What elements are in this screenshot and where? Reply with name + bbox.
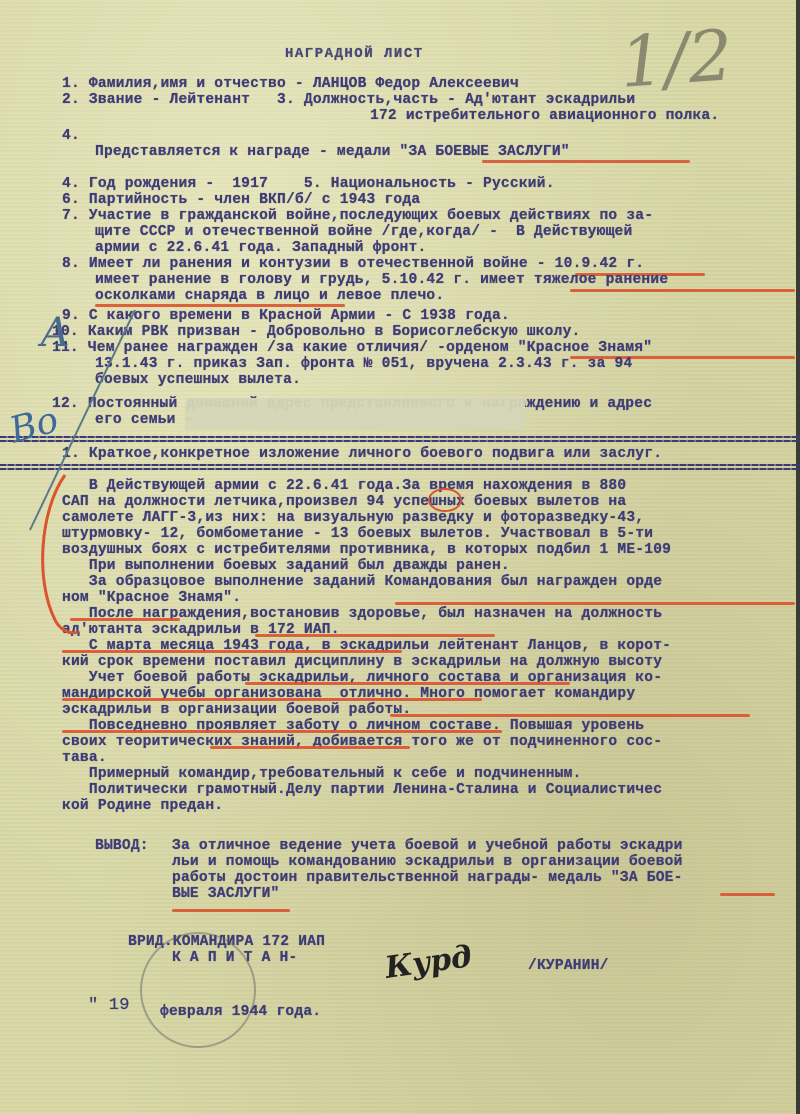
red-underline [62, 650, 402, 653]
field-war-participation-1: 7. Участие в гражданской войне,последующ… [62, 208, 653, 224]
red-underline [70, 618, 180, 621]
red-underline [62, 698, 482, 701]
field-prior-awards-2: 13.1.43 г. приказ Зап. фронта № 051, вру… [95, 356, 632, 372]
margin-note-a: А [40, 310, 70, 356]
date-day: " 19 [88, 998, 130, 1014]
narrative-line: Примерный командир,требовательный к себе… [62, 766, 582, 782]
red-underline [570, 289, 795, 292]
red-underline [255, 634, 495, 637]
narrative-line: штурмовку- 12, бомбометание - 13 боевых … [62, 526, 653, 542]
red-underline [482, 160, 690, 163]
narrative-line: Политически грамотный.Делу партии Ленина… [62, 782, 662, 798]
red-underline [395, 602, 795, 605]
narrative-line: При выполнении боевых заданий был дважды… [62, 558, 510, 574]
narrative-line: эскадрильи в организации боевой работы. [62, 702, 411, 718]
conclusion-line: льи и помощь командованию эскадрильи в о… [172, 854, 683, 870]
field-unit: 172 истребительного авиационного полка. [370, 108, 719, 124]
red-underline [62, 730, 502, 733]
conclusion-label: ВЫВОД: [95, 838, 149, 854]
red-underline [390, 714, 750, 717]
field-war-participation-3: армии с 22.6.41 года. Западный фронт. [95, 240, 426, 256]
field-rank-position: 2. Звание - Лейтенант 3. Должность,часть… [62, 92, 635, 108]
conclusion-line: работы достоин правительственной награды… [172, 870, 683, 886]
signatory-name: /КУРАНИН/ [528, 958, 609, 974]
field-name: 1. Фамилия,имя и отчество - ЛАНЦОВ Федор… [62, 76, 519, 92]
date: февраля 1944 года. [160, 1004, 321, 1020]
page-edge [796, 0, 800, 1114]
narrative-line: кий срок времени поставил дисциплину в э… [62, 654, 662, 670]
field-wounds-1: 8. Имеет ли ранения и контузии в отечест… [62, 256, 644, 272]
official-stamp [140, 932, 256, 1048]
narrative-line: кой Родине предан. [62, 798, 223, 814]
field-4-number: 4. [62, 128, 80, 144]
red-circle-94 [428, 488, 462, 512]
section-heading: 1. Краткое,конкретное изложение личного … [62, 446, 662, 462]
award-nomination: Представляется к награде - медали "ЗА БО… [95, 144, 570, 160]
narrative-line: воздушных боях с истребителями противник… [62, 542, 671, 558]
red-underline [720, 893, 775, 896]
document-title: НАГРАДНОЙ ЛИСТ [285, 46, 424, 62]
field-birth-nationality: 4. Год рождения - 1917 5. Национальность… [62, 176, 555, 192]
field-party: 6. Партийность - член ВКП/б/ с 1943 года [62, 192, 420, 208]
red-underline [245, 682, 570, 685]
conclusion-line: За отличное ведение учета боевой и учебн… [172, 838, 683, 854]
narrative-line: ном "Красное Знамя". [62, 590, 241, 606]
field-wounds-2: имеет ранение в голову и грудь, 5.10.42 … [95, 272, 668, 288]
conclusion-line: ВЫЕ ЗАСЛУГИ" [172, 886, 280, 902]
narrative-line: За образцовое выполнение заданий Командо… [62, 574, 662, 590]
narrative-line: тава. [62, 750, 107, 766]
red-underline [210, 746, 410, 749]
field-war-participation-2: щите СССР и отечественной войне /где,ког… [95, 224, 632, 240]
red-underline [172, 909, 290, 912]
handwritten-annotation: 1/2 [617, 14, 735, 104]
redacted-address [185, 398, 525, 430]
